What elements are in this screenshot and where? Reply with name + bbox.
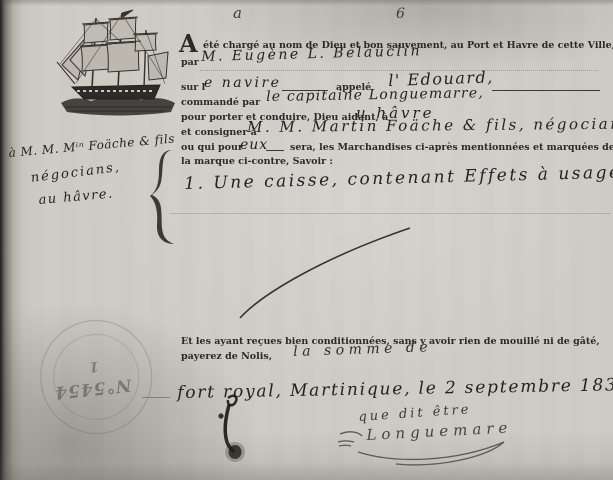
marque-label: la marque ci-contre, Savoir : [181,156,333,168]
sera-label: sera, les Marchandises ci-après mentionn… [290,142,613,154]
pen-flourish [232,222,417,322]
blank-dash [266,150,284,151]
page-mark-right: 6 [396,6,405,22]
freight-sum: la somme de [293,339,432,360]
par-label: par [181,57,199,69]
margin-note-line: au hâvre. [38,186,114,208]
page-mark-left: a [233,4,242,22]
ship-engraving-icon [55,8,183,120]
scan-edge-top [0,0,613,6]
sur-l-label: sur l [181,82,205,94]
payerez-label: payerez de Nolis, [181,351,272,363]
scanned-document: a 6 [0,0,613,480]
drop-cap-initial: A [179,32,198,56]
ruled-line [170,213,610,214]
blank-dash [492,90,600,91]
captain-name: le capitaine Longuemarre, [266,85,484,105]
curly-brace [148,148,178,248]
commande-label: commandé par [181,97,260,109]
margin-note-line: négocians, [30,160,122,186]
consignee-name: M. M. Martin Foäche & fils, négocians [247,115,613,136]
ou-qui-pour-label: ou qui pour [181,142,243,154]
scan-edge-bottom [0,430,613,480]
pen-mark [142,397,170,398]
archive-stamp: N°5454 1 [32,308,160,441]
eux-word: eux [240,137,268,153]
